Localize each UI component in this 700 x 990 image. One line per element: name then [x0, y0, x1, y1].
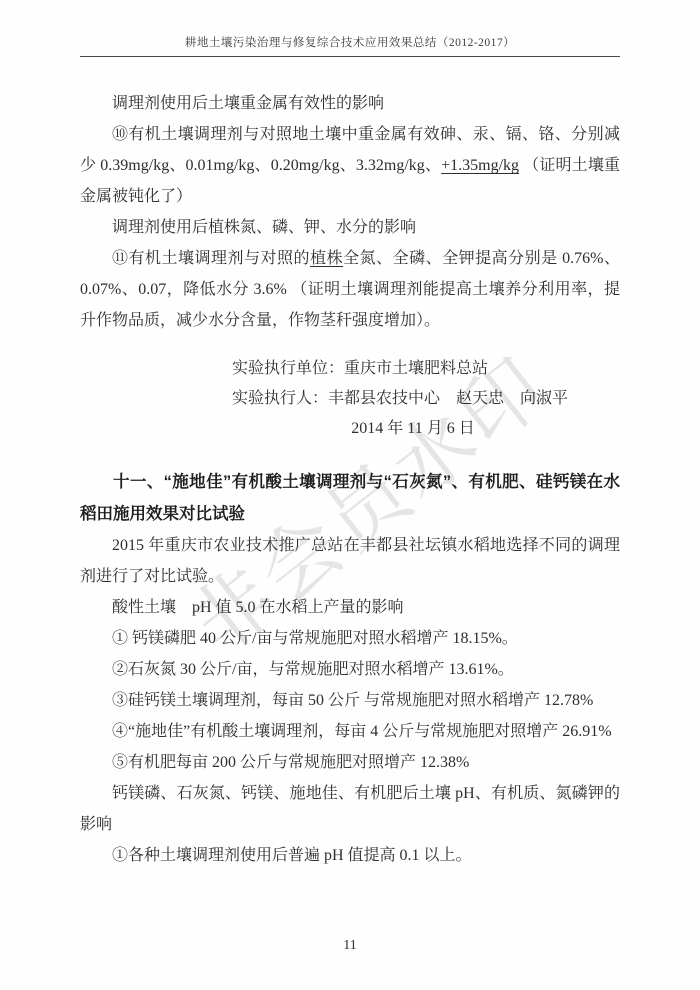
paragraph-item-11: ⑪有机土壤调理剂与对照的植株全氮、全磷、全钾提高分别是 0.76%、0.07%、… [80, 243, 620, 336]
page-number: 11 [0, 938, 700, 954]
list-item-ph-increase: ①各种土壤调理剂使用后普遍 pH 值提高 0.1 以上。 [80, 840, 620, 871]
paragraph-heavy-metal-title: 调理剂使用后土壤重金属有效性的影响 [80, 88, 620, 119]
paragraph-effect-title: 钙镁磷、石灰氮、钙镁、施地佳、有机肥后土壤 pH、有机质、氮磷钾的影响 [80, 778, 620, 840]
executing-people: 实验执行人：丰都县农技中心 赵天忠 向淑平 [232, 384, 594, 414]
list-item-3: ③硅钙镁土壤调理剂，每亩 50 公斤 与常规施肥对照水稻增产 12.78% [80, 685, 620, 716]
item-11-underlined-word: 植株 [310, 250, 343, 267]
list-item-1: ① 钙镁磷肥 40 公斤/亩与常规施肥对照水稻增产 18.15%。 [80, 623, 620, 654]
executing-organization: 实验执行单位：重庆市土壤肥料总站 [232, 354, 594, 384]
paragraph-ph-yield-title: 酸性土壤 pH 值 5.0 在水稻上产量的影响 [80, 592, 620, 623]
item-10-underlined-value: +1.35mg/kg [441, 157, 519, 174]
item-11-text: ⑪有机土壤调理剂与对照的 [112, 250, 310, 267]
page-header-title: 耕地土壤污染治理与修复综合技术应用效果总结（2012-2017） [80, 34, 620, 57]
document-body: 调理剂使用后土壤重金属有效性的影响 ⑩有机土壤调理剂与对照地土壤中重金属有效砷、… [80, 88, 620, 871]
paragraph-2015-trial: 2015 年重庆市农业技术推广总站在丰都县社坛镇水稻地选择不同的调理剂进行了对比… [80, 530, 620, 592]
section-11-heading: 十一、“施地佳”有机酸土壤调理剂与“石灰氮”、有机肥、硅钙镁在水稻田施用效果对比… [80, 466, 620, 530]
list-item-5: ⑤有机肥每亩 200 公斤与常规施肥对照增产 12.38% [80, 747, 620, 778]
report-date: 2014 年 11 月 6 日 [232, 414, 594, 444]
list-item-2: ②石灰氮 30 公斤/亩，与常规施肥对照水稻增产 13.61%。 [80, 654, 620, 685]
paragraph-item-10: ⑩有机土壤调理剂与对照地土壤中重金属有效砷、汞、镉、铬、分别减少 0.39mg/… [80, 119, 620, 212]
document-page: 非会员水印 耕地土壤污染治理与修复综合技术应用效果总结（2012-2017） 调… [0, 0, 700, 990]
signature-block: 实验执行单位：重庆市土壤肥料总站 实验执行人：丰都县农技中心 赵天忠 向淑平 2… [232, 354, 594, 444]
paragraph-npk-title: 调理剂使用后植株氮、磷、钾、水分的影响 [80, 212, 620, 243]
list-item-4: ④“施地佳”有机酸土壤调理剂，每亩 4 公斤与常规施肥对照增产 26.91% [80, 716, 620, 747]
